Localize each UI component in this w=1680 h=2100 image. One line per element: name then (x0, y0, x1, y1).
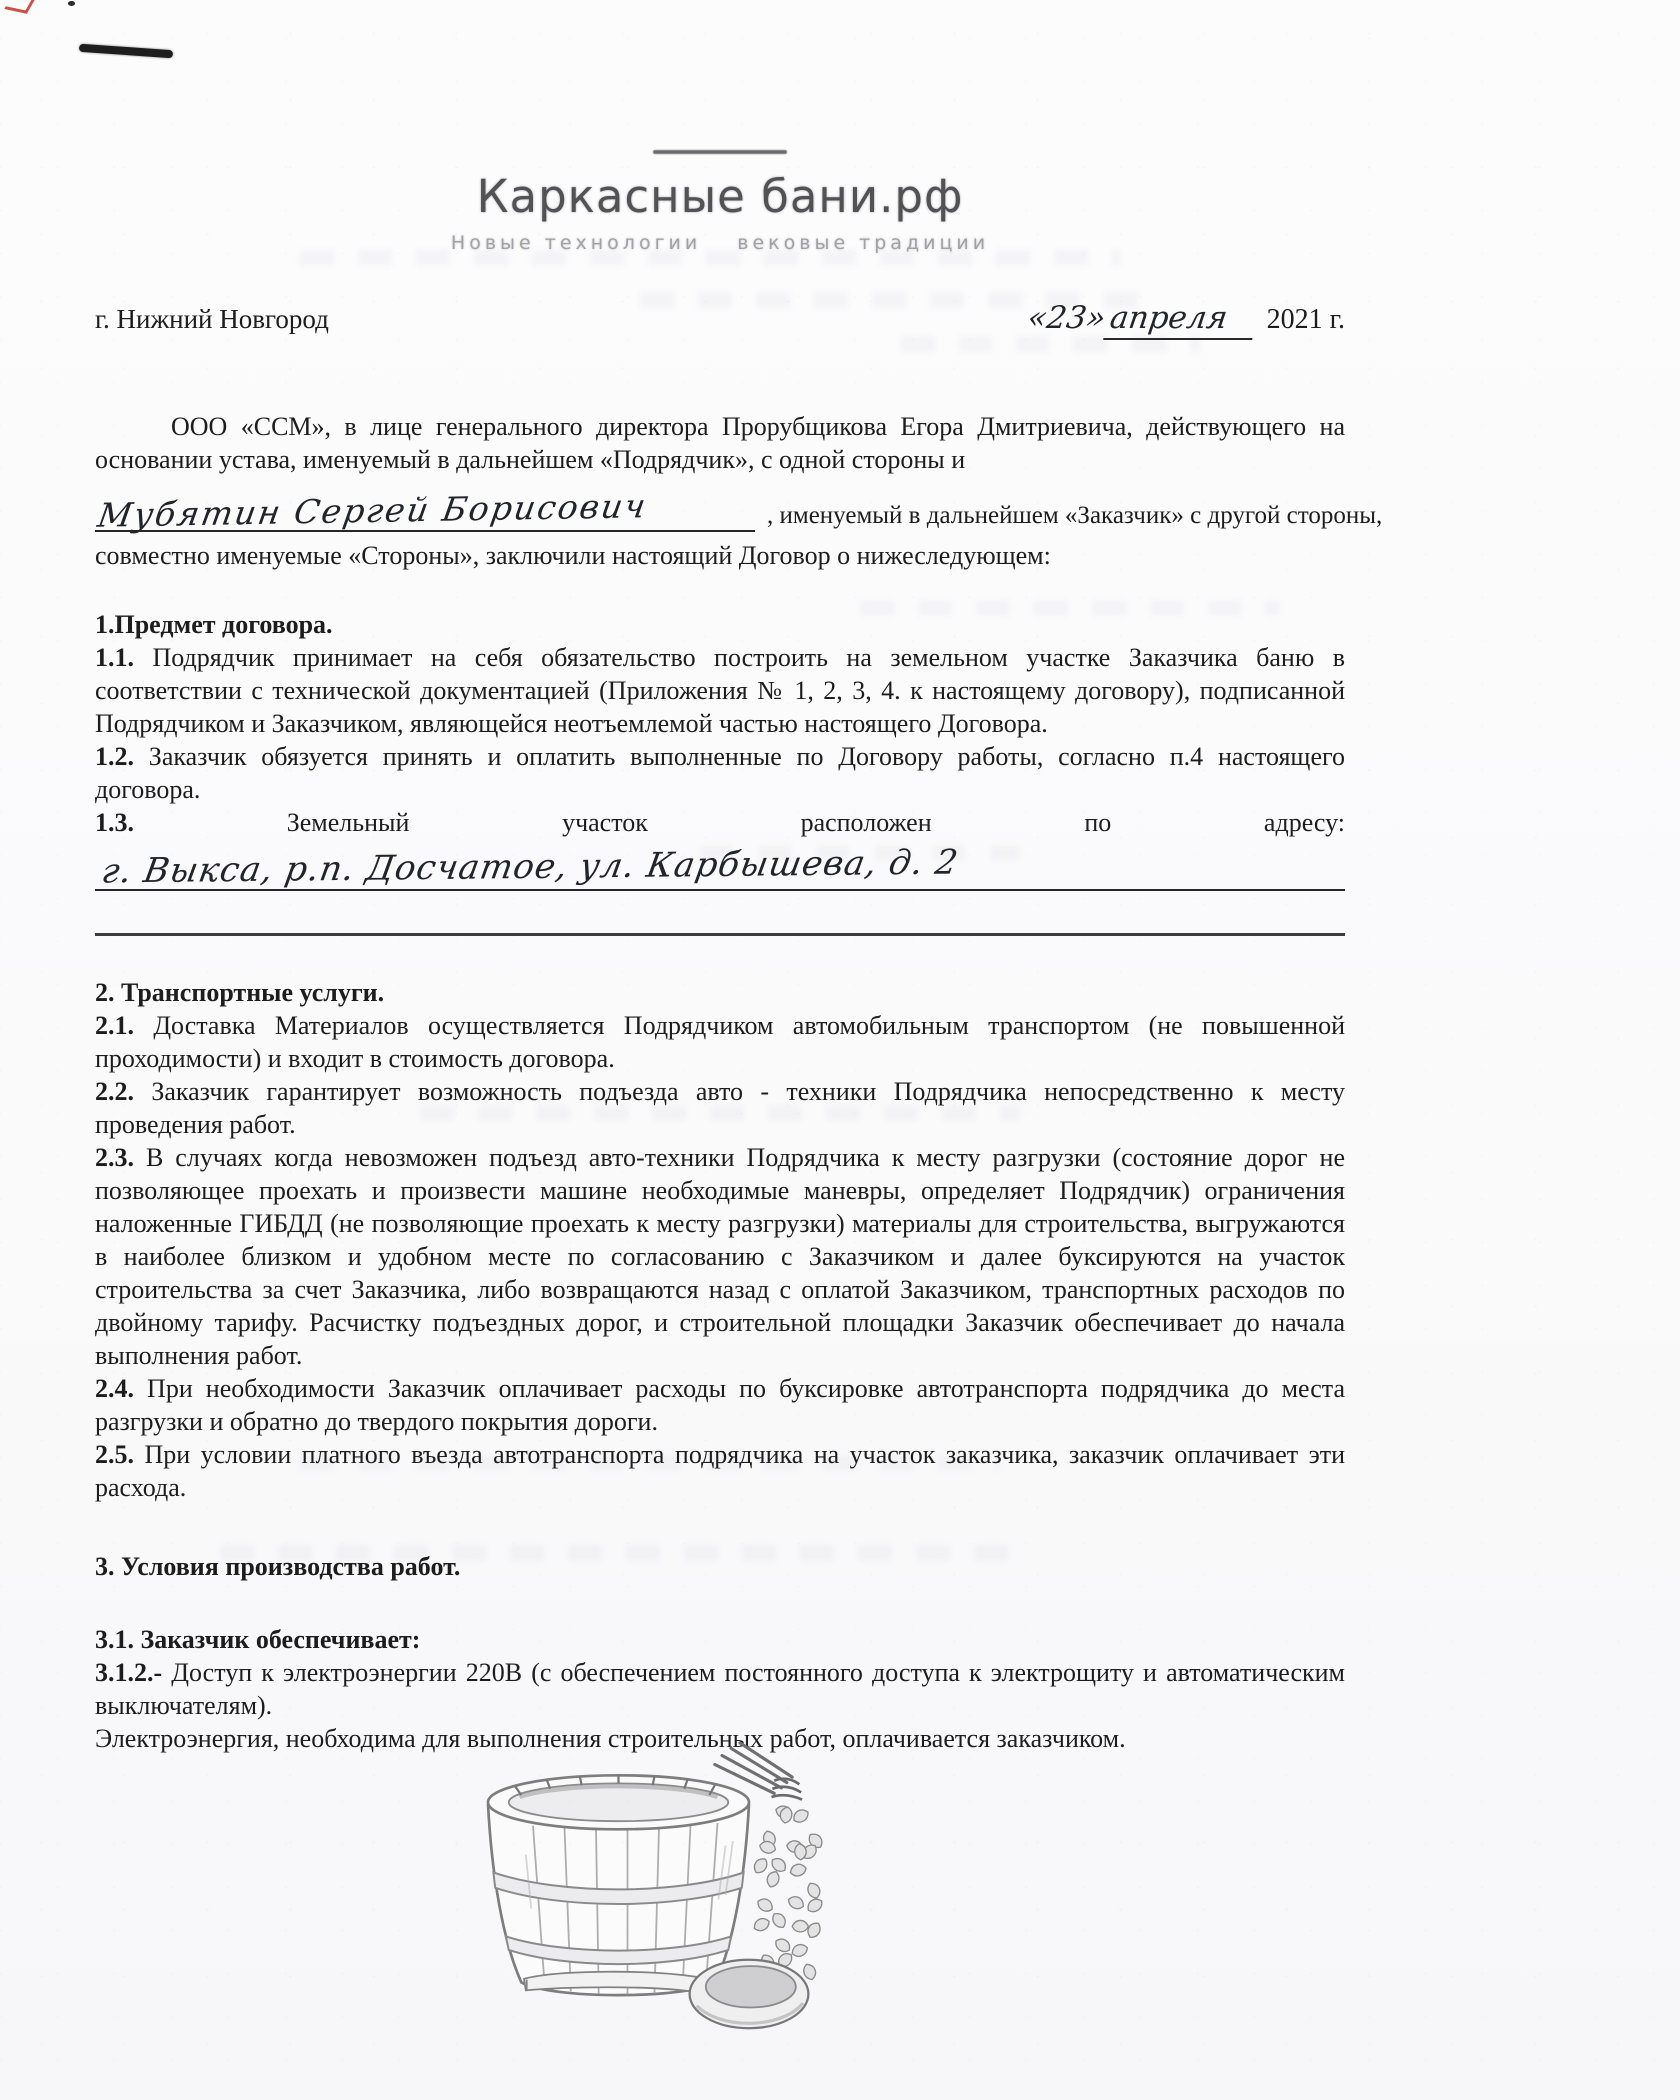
city-label: г. Нижний Новгород (95, 304, 329, 335)
section-1-heading: 1.Предмет договора. (95, 608, 1345, 641)
date-year: 2021 г. (1267, 304, 1345, 335)
clause-1-1: 1.1. Подрядчик принимает на себя обязате… (95, 641, 1345, 740)
customer-name-underline: Мубятин Сергей Борисович (95, 478, 755, 532)
section-3-heading: 3. Условия производства работ. (95, 1550, 1345, 1583)
clause-number: 2.2. (95, 1077, 134, 1106)
preamble-continuation: , именуемый в дальнейшем «Заказчик» с др… (755, 499, 1382, 532)
section-subject-of-contract: 1.Предмет договора. 1.1. Подрядчик прини… (95, 608, 1345, 936)
clause-2-1: 2.1. Доставка Материалов осуществляется … (95, 1009, 1345, 1075)
clause-text: При условии платного въезда автотранспор… (95, 1440, 1345, 1502)
date-month-handwritten: апреля (1103, 300, 1258, 340)
company-logo: Каркасные бани.рф Новые технологии веков… (95, 150, 1345, 254)
section-2-heading: 2. Транспортные услуги. (95, 976, 1345, 1009)
clause-text: Заказчик обязуется принять и оплатить вы… (95, 742, 1345, 804)
section-transport-services: 2. Транспортные услуги. 2.1. Доставка Ма… (95, 976, 1345, 1504)
city-date-row: г. Нижний Новгород «23»апреля2021 г. (95, 300, 1345, 340)
red-pen-mark (4, 0, 34, 14)
clause-text: Подрядчик принимает на себя обязательств… (95, 643, 1345, 738)
clause-3-1-2: 3.1.2.- Доступ к электроэнергии 220В (с … (95, 1656, 1345, 1722)
wooden-tub (488, 1775, 749, 1995)
preamble-paragraph: ООО «ССМ», в лице генерального директора… (95, 410, 1345, 476)
clause-number: 2.3. (95, 1143, 134, 1172)
address-handwritten-line: г. Выкса, р.п. Досчатое, ул. Карбышева, … (95, 847, 1345, 891)
clause-number: 1.2. (95, 742, 134, 771)
clause-2-3: 2.3. В случаях когда невозможен подъезд … (95, 1141, 1345, 1372)
company-logo-subtitle: Новые технологии вековые традиции (95, 232, 1345, 254)
logo-subtitle-left: Новые технологии (451, 232, 701, 254)
date-day-handwritten: «23» (1026, 300, 1108, 336)
address-handwritten: г. Выкса, р.п. Досчатое, ул. Карбышева, … (99, 843, 962, 892)
customer-name-row: Мубятин Сергей Борисович , именуемый в д… (95, 480, 1345, 532)
clause-number: 2.4. (95, 1374, 134, 1403)
clause-text: При необходимости Заказчик оплачивает ра… (95, 1374, 1345, 1436)
clause-text: Доставка Материалов осуществляется Подря… (95, 1011, 1345, 1073)
clause-number: 1.1. (95, 643, 134, 672)
preamble-closing-line: совместно именуемые «Стороны», заключили… (95, 539, 1345, 572)
logo-roof-line (653, 150, 787, 154)
blank-underline (95, 891, 1345, 936)
sauna-bucket-besom-ladle-illustration (470, 1730, 830, 2060)
clause-number: 2.1. (95, 1011, 134, 1040)
contract-document-page: Каркасные бани.рф Новые технологии веков… (0, 0, 1680, 2100)
clause-1-3: 1.3. Земельный участок расположен по адр… (95, 806, 1345, 839)
clause-2-4: 2.4. При необходимости Заказчик оплачива… (95, 1372, 1345, 1438)
clause-2-2: 2.2. Заказчик гарантирует возможность по… (95, 1075, 1345, 1141)
clause-word: адресу: (1264, 806, 1345, 839)
contract-preamble: ООО «ССМ», в лице генерального директора… (95, 410, 1345, 572)
clause-text: Доступ к электроэнергии 220В (с обеспече… (95, 1658, 1345, 1720)
clause-3-1-heading: 3.1. Заказчик обеспечивает: (95, 1623, 1345, 1656)
contract-date: «23»апреля2021 г. (1028, 300, 1345, 340)
clause-word: Земельный (287, 806, 410, 839)
clause-1-2: 1.2. Заказчик обязуется принять и оплати… (95, 740, 1345, 806)
clause-number: 3.1.2.- (95, 1658, 162, 1687)
scan-speck (68, 1, 75, 6)
besom-foliage (751, 1804, 825, 1982)
clause-number: 1.3. (95, 806, 134, 839)
clause-number: 2.5. (95, 1440, 134, 1469)
clause-word: участок (562, 806, 648, 839)
clause-2-5: 2.5. При условии платного въезда автотра… (95, 1438, 1345, 1504)
company-logo-title: Каркасные бани.рф (95, 170, 1345, 223)
logo-subtitle-right: вековые традиции (737, 232, 989, 254)
clause-text: В случаях когда невозможен подъезд авто-… (95, 1143, 1345, 1370)
clause-word: расположен (801, 806, 932, 839)
clause-text: Заказчик гарантирует возможность подъезд… (95, 1077, 1345, 1139)
clause-word: по (1084, 806, 1111, 839)
customer-name-handwritten: Мубятин Сергей Борисович (91, 486, 650, 535)
section-work-conditions: 3. Условия производства работ. 3.1. Зака… (95, 1550, 1345, 1755)
